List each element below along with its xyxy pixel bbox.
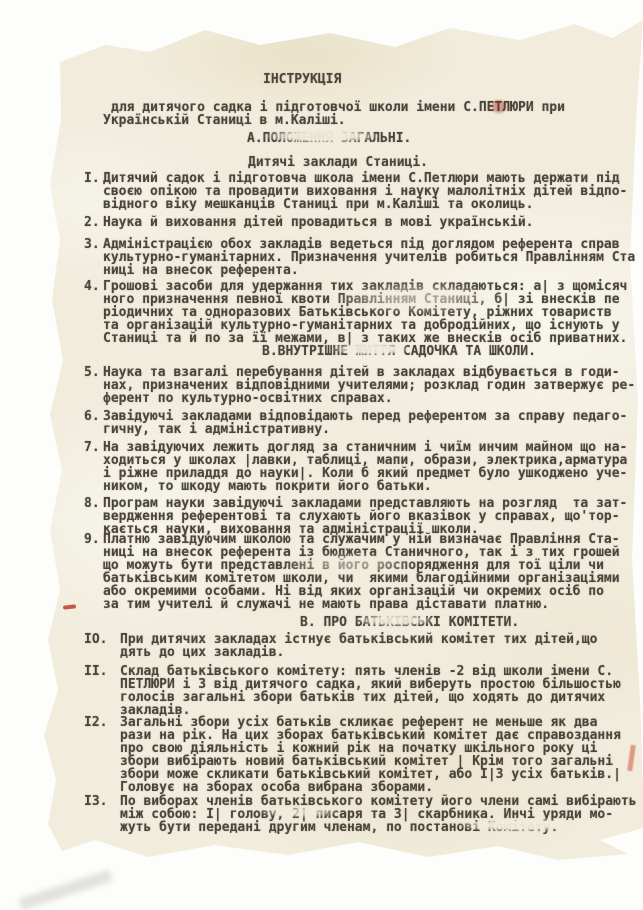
item-7: 7. На завідуючих лежить догляд за станич… — [84, 441, 643, 493]
item-9-number: 9. — [84, 533, 103, 546]
scanned-document-page: ІНСТРУКЦІЯ для дитячого садка і підготов… — [0, 0, 643, 910]
item-4-text: Грошові засоби для удержання тих закладі… — [103, 280, 643, 345]
item-11-number: ІІ. — [84, 665, 120, 678]
item-5-text: Наука та взагалі перебування дітей в зак… — [103, 366, 643, 405]
item-12-number: І2. — [84, 716, 120, 729]
item-6: 6. Завідуючі закладами відповідають пере… — [84, 410, 643, 436]
item-2-text: Наука й виховання дітей провадиться в мо… — [103, 216, 643, 229]
item-13-number: ІЗ. — [84, 795, 120, 808]
item-7-text: На завідуючих лежить догляд за станичним… — [103, 441, 643, 493]
item-13: ІЗ. По виборах членів батьківського комі… — [84, 795, 643, 834]
item-5: 5. Наука та взагалі перебування дітей в … — [84, 366, 643, 405]
red-ink-smudge — [492, 100, 506, 113]
section-v-heading: В. ПРО БАТЬКІВСЬКІ КОМІТЕТИ. — [300, 616, 519, 629]
item-11-text: Склад батьківського комітету: пять члені… — [120, 665, 643, 717]
item-2-number: 2. — [84, 216, 103, 229]
item-4-number: 4. — [84, 280, 103, 293]
section-b-heading: В.ВНУТРІШНЕ ЖИТТЯ САДОЧКА ТА ШКОЛИ. — [262, 345, 536, 358]
item-5-number: 5. — [84, 366, 103, 379]
document-text: ІНСТРУКЦІЯ для дитячого садка і підготов… — [0, 0, 643, 910]
item-4: 4. Грошові засоби для удержання тих закл… — [84, 280, 643, 345]
item-3-text: Адміністрацією обох закладів ведеться пі… — [103, 238, 643, 277]
item-2: 2. Наука й виховання дітей провадиться в… — [84, 216, 643, 229]
item-10-number: ІО. — [84, 633, 120, 646]
item-1-text: Дитячий садок і підготовча школа імени С… — [103, 172, 643, 211]
item-8: 8. Програм науки завідуючі закладами пре… — [84, 497, 643, 536]
item-6-number: 6. — [84, 410, 103, 423]
item-3-number: 3. — [84, 238, 103, 251]
item-1-number: І. — [84, 172, 103, 185]
item-12: І2. Загальні збори усіх батьків скликає … — [84, 716, 643, 794]
item-8-text: Програм науки завідуючі закладами предст… — [103, 497, 643, 536]
item-9: 9. Платню завідуючим школою та служачим … — [84, 533, 643, 611]
item-1: І. Дитячий садок і підготовча школа імен… — [84, 172, 643, 211]
item-9-text: Платню завідуючим школою та служачим у н… — [103, 533, 643, 611]
item-10: ІО. При дитячих закладах істнує батьківс… — [84, 633, 643, 659]
section-a-subheading: Дитячі заклади Станиці. — [248, 156, 428, 169]
item-6-text: Завідуючі закладами відповідають перед р… — [103, 410, 643, 436]
document-subtitle-line2: Українській Станиці в м.Каліші. — [103, 114, 346, 127]
document-title: ІНСТРУКЦІЯ — [263, 73, 341, 86]
section-a-heading: А.ПОЛОЖЕННЯ ЗАГАЛЬНІ. — [247, 132, 411, 145]
item-7-number: 7. — [84, 441, 103, 454]
item-8-number: 8. — [84, 497, 103, 510]
item-13-text: По виборах членів батьківського комітету… — [120, 795, 643, 834]
item-3: 3. Адміністрацією обох закладів ведеться… — [84, 238, 643, 277]
item-12-text: Загальні збори усіх батьків скликає рефе… — [120, 716, 643, 794]
item-11: ІІ. Склад батьківського комітету: пять ч… — [84, 665, 643, 717]
item-10-text: При дитячих закладах істнує батьківський… — [120, 633, 643, 659]
